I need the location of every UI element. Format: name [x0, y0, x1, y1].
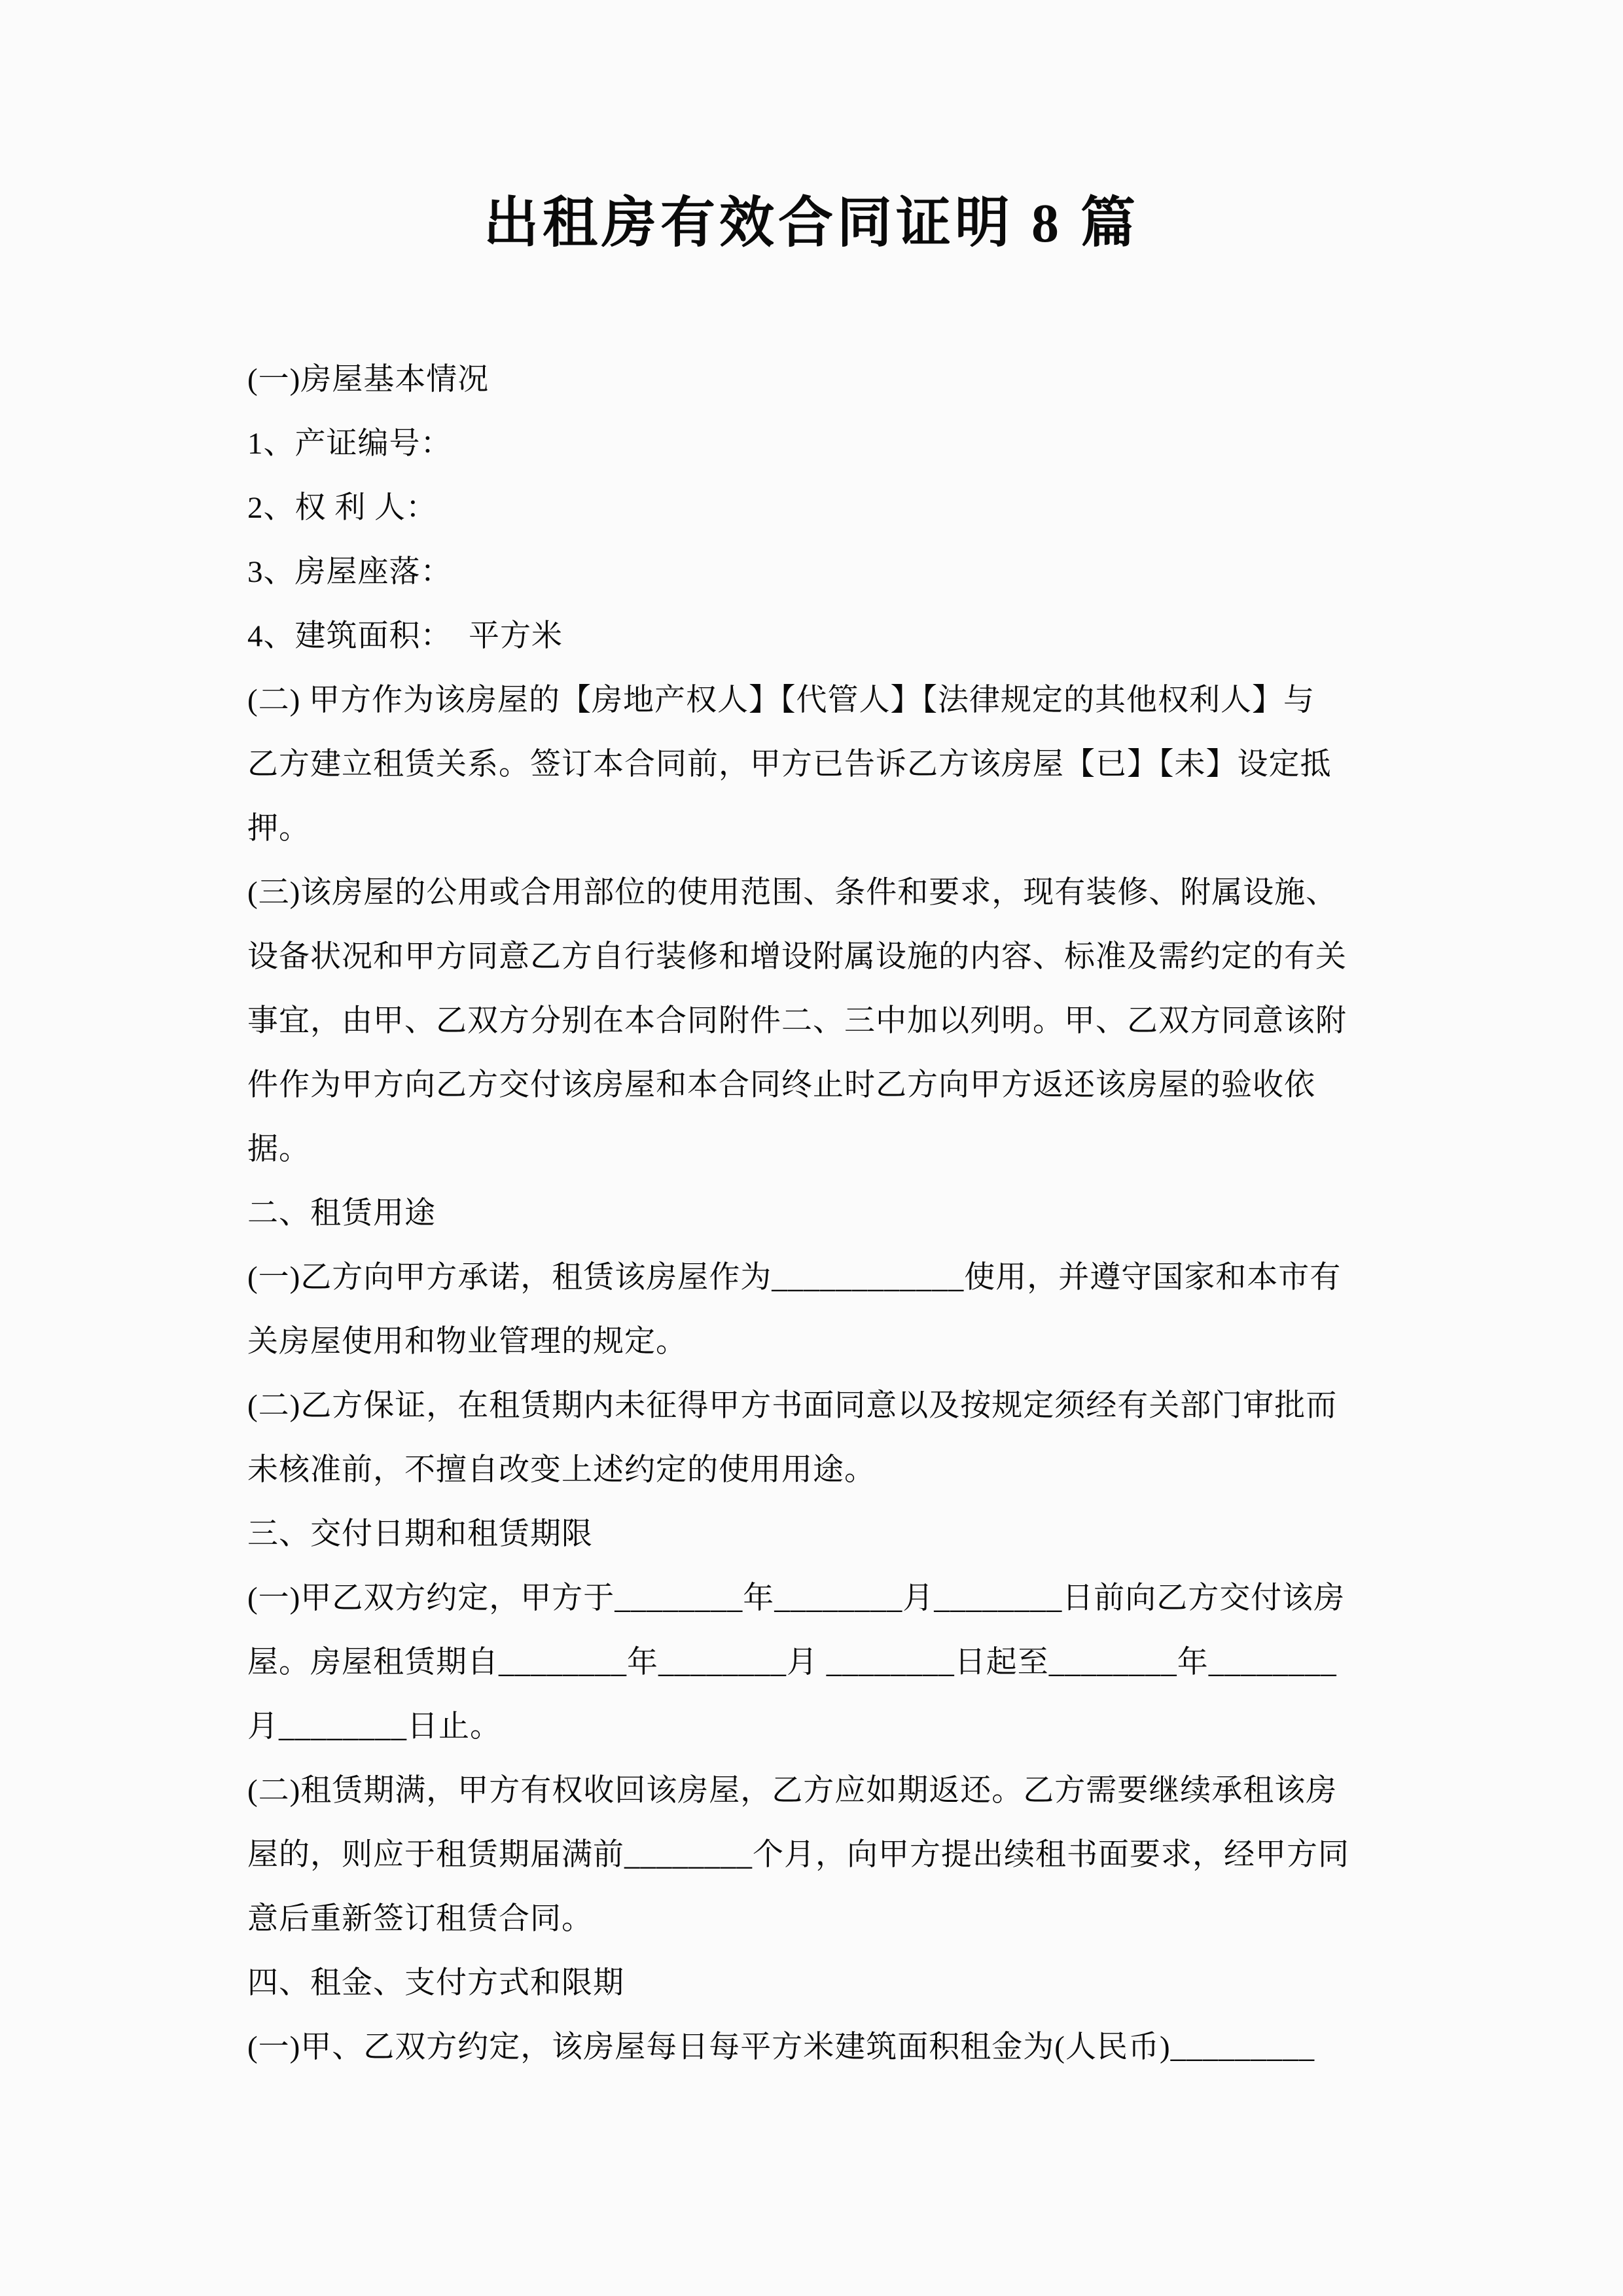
- contract-line: (二)乙方保证，在租赁期内未征得甲方书面同意以及按规定须经有关部门审批而: [247, 1374, 1387, 1438]
- document-title: 出租房有效合同证明 8 篇: [0, 0, 1623, 251]
- contract-line: 4、建筑面积： 平方米: [247, 604, 1387, 668]
- contract-document-page: 出租房有效合同证明 8 篇 (一)房屋基本情况 1、产证编号： 2、权 利 人：…: [0, 0, 1623, 2296]
- contract-line: 押。: [247, 797, 1387, 861]
- contract-line: 屋。房屋租赁期自________年________月 ________日起至__…: [247, 1630, 1387, 1695]
- contract-line: 1、产证编号：: [247, 412, 1387, 476]
- contract-line: (一)房屋基本情况: [247, 348, 1387, 412]
- contract-line: 3、房屋座落：: [247, 540, 1387, 604]
- contract-line: (二) 甲方作为该房屋的【房地产权人】【代管人】【法律规定的其他权利人】与: [247, 668, 1387, 732]
- contract-line: 关房屋使用和物业管理的规定。: [247, 1310, 1387, 1374]
- contract-line: 屋的，则应于租赁期届满前________个月，向甲方提出续租书面要求，经甲方同: [247, 1823, 1387, 1887]
- contract-line: 二、租赁用途: [247, 1181, 1387, 1246]
- contract-line: 乙方建立租赁关系。签订本合同前，甲方已告诉乙方该房屋【已】【未】设定抵: [247, 732, 1387, 797]
- contract-line: (一)乙方向甲方承诺，租赁该房屋作为____________使用，并遵守国家和本…: [247, 1246, 1387, 1310]
- contract-line: (二)租赁期满，甲方有权收回该房屋，乙方应如期返还。乙方需要继续承租该房: [247, 1759, 1387, 1823]
- contract-line: 据。: [247, 1117, 1387, 1181]
- contract-line: 件作为甲方向乙方交付该房屋和本合同终止时乙方向甲方返还该房屋的验收依: [247, 1053, 1387, 1117]
- contract-line: (一)甲、乙双方约定，该房屋每日每平方米建筑面积租金为(人民币)________…: [247, 2015, 1387, 2079]
- contract-line: 设备状况和甲方同意乙方自行装修和增设附属设施的内容、标准及需约定的有关: [247, 925, 1387, 989]
- contract-line: 四、租金、支付方式和限期: [247, 1951, 1387, 2015]
- contract-line: 事宜，由甲、乙双方分别在本合同附件二、三中加以列明。甲、乙双方同意该附: [247, 989, 1387, 1053]
- contract-line: 意后重新签订租赁合同。: [247, 1887, 1387, 1951]
- contract-line: 未核准前，不擅自改变上述约定的使用用途。: [247, 1438, 1387, 1502]
- contract-line: 月________日止。: [247, 1695, 1387, 1759]
- contract-line: 三、交付日期和租赁期限: [247, 1502, 1387, 1566]
- contract-line: (一)甲乙双方约定，甲方于________年________月________日…: [247, 1566, 1387, 1630]
- contract-line: (三)该房屋的公用或合用部位的使用范围、条件和要求，现有装修、附属设施、: [247, 861, 1387, 925]
- contract-line: 2、权 利 人：: [247, 476, 1387, 540]
- document-body: (一)房屋基本情况 1、产证编号： 2、权 利 人： 3、房屋座落： 4、建筑面…: [247, 348, 1387, 2079]
